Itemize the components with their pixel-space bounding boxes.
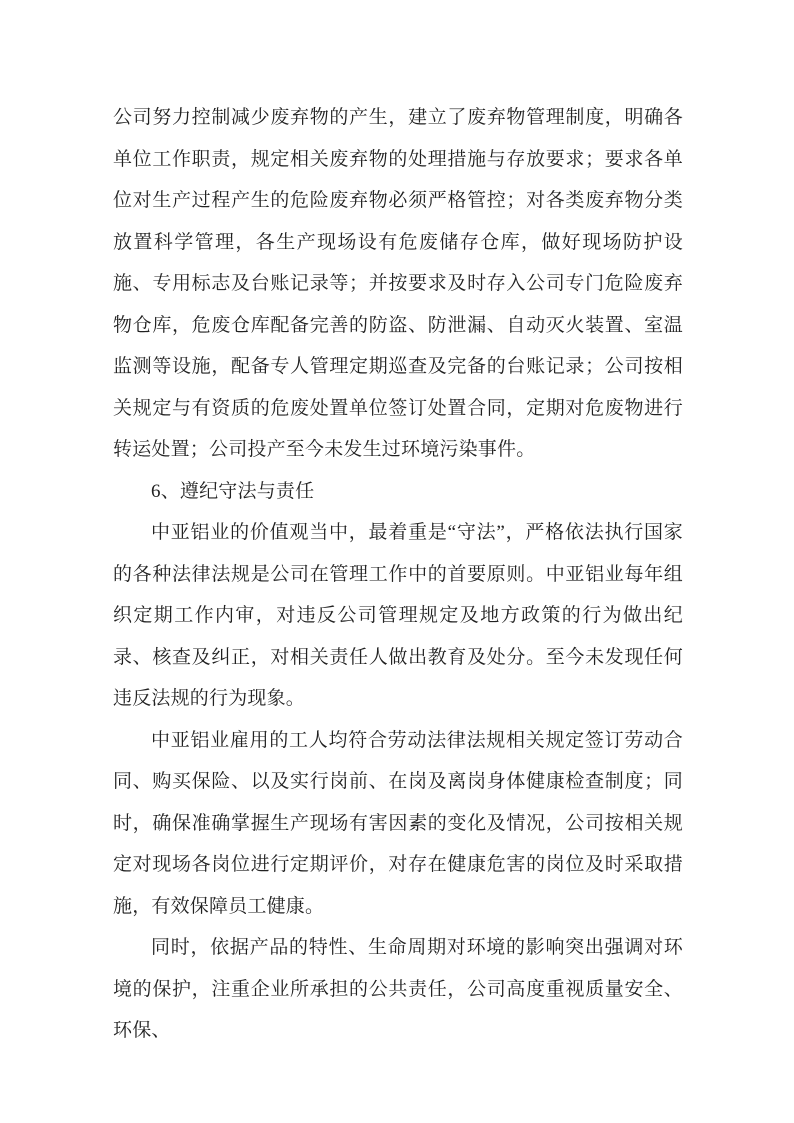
section-heading: 6、遵纪守法与责任: [113, 471, 683, 513]
paragraph: 中亚铝业雇用的工人均符合劳动法律法规相关规定签订劳动合同、购买保险、以及实行岗前…: [113, 720, 683, 928]
document-page: 公司努力控制减少废弃物的产生，建立了废弃物管理制度，明确各单位工作职责，规定相关…: [0, 0, 794, 1123]
paragraph: 公司努力控制减少废弃物的产生，建立了废弃物管理制度，明确各单位工作职责，规定相关…: [113, 97, 683, 471]
paragraph: 中亚铝业的价值观当中，最着重是“守法”，严格依法执行国家的各种法律法规是公司在管…: [113, 512, 683, 720]
paragraph: 同时，依据产品的特性、生命周期对环境的影响突出强调对环境的保护，注重企业所承担的…: [113, 927, 683, 1052]
document-body: 公司努力控制减少废弃物的产生，建立了废弃物管理制度，明确各单位工作职责，规定相关…: [113, 97, 683, 1052]
